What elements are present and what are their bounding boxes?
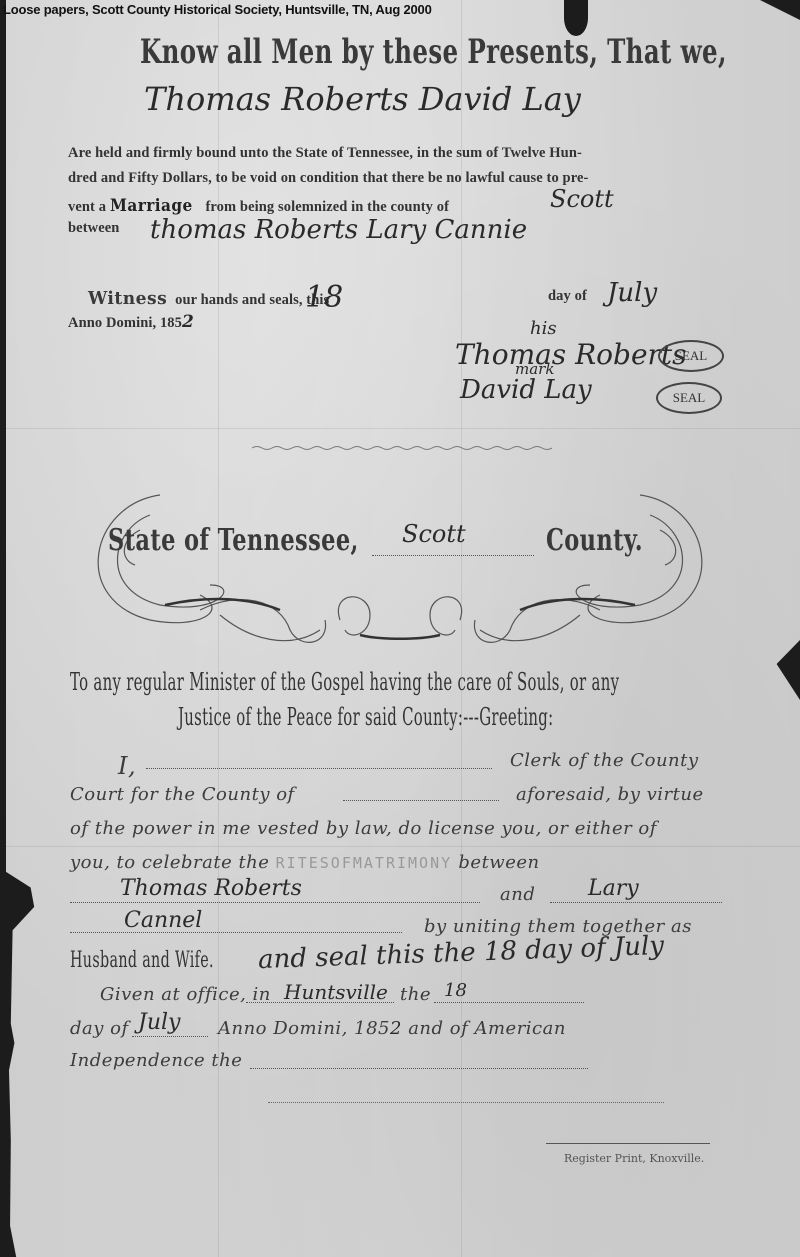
day-handwritten: 18 [305, 280, 343, 315]
county-handwritten: Scott [550, 185, 614, 213]
greeting-line-1: To any regular Minister of the Gospel ha… [70, 668, 800, 696]
marriage-word: Marriage [110, 196, 193, 216]
bride-last-handwritten: Cannel [124, 908, 202, 933]
signature-david-lay: David Lay [460, 375, 592, 405]
month-blank [132, 1036, 208, 1037]
clerk-name-blank [146, 768, 492, 769]
county-blank [372, 555, 534, 556]
fold-line [6, 428, 800, 429]
month-handwritten: July [607, 278, 657, 308]
county-of-blank [343, 800, 499, 801]
flourish-ornament [80, 490, 720, 650]
paper-tear [564, 0, 588, 36]
day-of-label: day of [548, 288, 587, 305]
archive-caption: Loose papers, Scott County Historical So… [3, 2, 432, 17]
clerk-signature-line [268, 1102, 664, 1103]
signers-handwritten: Thomas Roberts David Lay [144, 80, 581, 118]
signature-thomas-roberts: Thomas Roberts [455, 338, 687, 371]
license-month-handwritten: July [138, 1010, 180, 1035]
clerk-I: I, [118, 752, 136, 780]
fold-line [6, 846, 800, 847]
between-label: between [68, 220, 119, 237]
bond-body-line: dred and Fifty Dollars, to be void on co… [68, 170, 588, 187]
license-power-line: of the power in me vested by law, do lic… [70, 818, 657, 839]
bond-body-line: Are held and firmly bound unto the State… [68, 145, 582, 162]
seal-2: SEAL [656, 382, 722, 414]
independence-blank [250, 1068, 588, 1069]
anno-domini: Anno Domini, 1852 [68, 312, 194, 332]
clerk-label: Clerk of the County [510, 750, 699, 771]
celebrate-line: you, to celebrate the RITESOFMATRIMONY b… [70, 852, 540, 873]
bride-last-blank [70, 932, 402, 933]
anno-domini-line: Anno Domini, 1852 and of American [218, 1018, 566, 1039]
seal-1: SEAL [658, 340, 724, 372]
groom-handwritten: Thomas Roberts [120, 876, 302, 901]
printer-imprint: Register Print, Knoxville. [564, 1152, 704, 1165]
bond-heading: Know all Men by these Presents, That we, [140, 32, 800, 72]
groom-blank [70, 902, 480, 903]
aforesaid-label: aforesaid, by virtue [516, 784, 704, 805]
and-label: and [500, 884, 535, 905]
greeting-line-2: Justice of the Peace for said County:---… [178, 703, 784, 731]
bride-first-handwritten: Lary [588, 876, 639, 901]
divider-wavy [252, 445, 552, 451]
bride-first-blank [550, 902, 722, 903]
given-the-label: the [400, 984, 431, 1005]
license-county-handwritten: Scott [402, 520, 466, 548]
given-place-handwritten: Huntsville [284, 980, 388, 1004]
printer-rule [546, 1143, 710, 1144]
given-day-handwritten: 18 [444, 980, 467, 1001]
bond-body-line: vent a Marriage from being solemnized in… [68, 196, 449, 216]
state-heading: State of Tennessee, [108, 523, 442, 558]
day-of-label: day of [70, 1018, 129, 1039]
given-day-blank [434, 1002, 584, 1003]
signature-his: his [530, 318, 557, 339]
independence-label: Independence the [70, 1050, 242, 1071]
between-handwritten: thomas Roberts Lary Cannie [150, 215, 527, 245]
witness-line: Witness our hands and seals, this [88, 288, 329, 309]
court-label: Court for the County of [70, 784, 295, 805]
county-label: County. [546, 523, 675, 558]
